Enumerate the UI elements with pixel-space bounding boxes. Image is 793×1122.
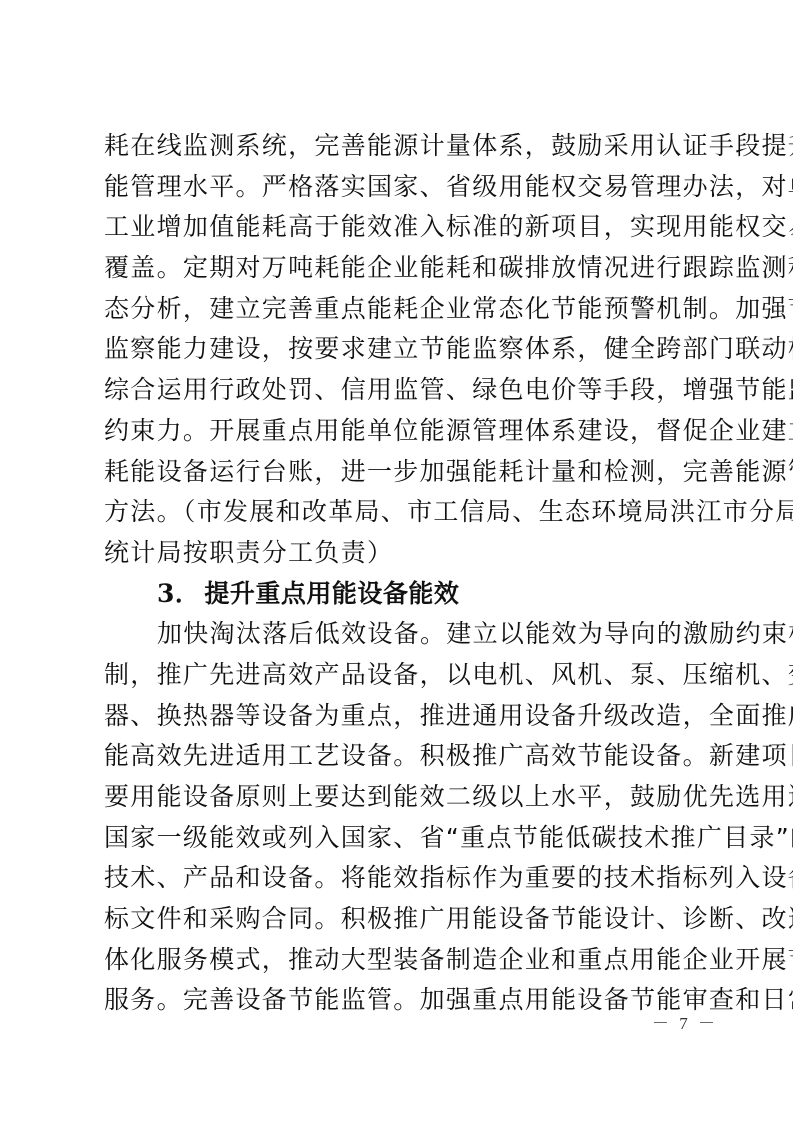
text-line: 综合运用行政处罚、信用监管、绿色电价等手段，增强节能监察 (104, 370, 696, 411)
text-line: 耗在线监测系统，完善能源计量体系，鼓励采用认证手段提升节 (104, 126, 696, 167)
text-line: 体化服务模式，推动大型装备制造企业和重点用能企业开展节能 (104, 940, 696, 981)
text-line: 耗能设备运行台账，进一步加强能耗计量和检测，完善能源管理 (104, 452, 696, 493)
text-line: 方法。（市发展和改革局、市工信局、生态环境局洪江市分局、市 (104, 492, 696, 533)
text-line: 国家一级能效或列入国家、省“重点节能低碳技术推广目录”的 (104, 818, 696, 859)
section-heading: 3． 提升重点用能设备能效 (104, 574, 696, 615)
text-line: 约束力。开展重点用能单位能源管理体系建设，督促企业建立高 (104, 411, 696, 452)
text-line: 覆盖。定期对万吨耗能企业能耗和碳排放情况进行跟踪监测和动 (104, 248, 696, 289)
text-line: 能管理水平。严格落实国家、省级用能权交易管理办法，对单位 (104, 167, 696, 208)
text-line: 技术、产品和设备。将能效指标作为重要的技术指标列入设备招 (104, 858, 696, 899)
section-number: 3． (157, 574, 200, 615)
text-line: 器、换热器等设备为重点，推进通用设备升级改造，全面推广节 (104, 696, 696, 737)
text-line: 服务。完善设备节能监管。加强重点用能设备节能审查和日常监 (104, 980, 696, 1021)
text-line: 标文件和采购合同。积极推广用能设备节能设计、诊断、改造一 (104, 899, 696, 940)
text-line: 态分析，建立完善重点能耗企业常态化节能预警机制。加强节能 (104, 289, 696, 330)
text-line: 统计局按职责分工负责） (104, 533, 696, 574)
text-line: 要用能设备原则上要达到能效二级以上水平，鼓励优先选用达到 (104, 777, 696, 818)
document-page: 耗在线监测系统，完善能源计量体系，鼓励采用认证手段提升节 能管理水平。严格落实国… (0, 0, 793, 1122)
text-line: 能高效先进适用工艺设备。积极推广高效节能设备。新建项目主 (104, 736, 696, 777)
text-line: 监察能力建设，按要求建立节能监察体系，健全跨部门联动机制， (104, 329, 696, 370)
text-line: 工业增加值能耗高于能效准入标准的新项目，实现用能权交易全 (104, 207, 696, 248)
section-title: 提升重点用能设备能效 (204, 574, 459, 615)
text-line: 加快淘汰落后低效设备。建立以能效为导向的激励约束机 (104, 614, 696, 655)
text-line: 制，推广先进高效产品设备，以电机、风机、泵、压缩机、变压 (104, 655, 696, 696)
document-body: 耗在线监测系统，完善能源计量体系，鼓励采用认证手段提升节 能管理水平。严格落实国… (104, 126, 696, 1021)
page-number: － 7 － (652, 1009, 702, 1034)
